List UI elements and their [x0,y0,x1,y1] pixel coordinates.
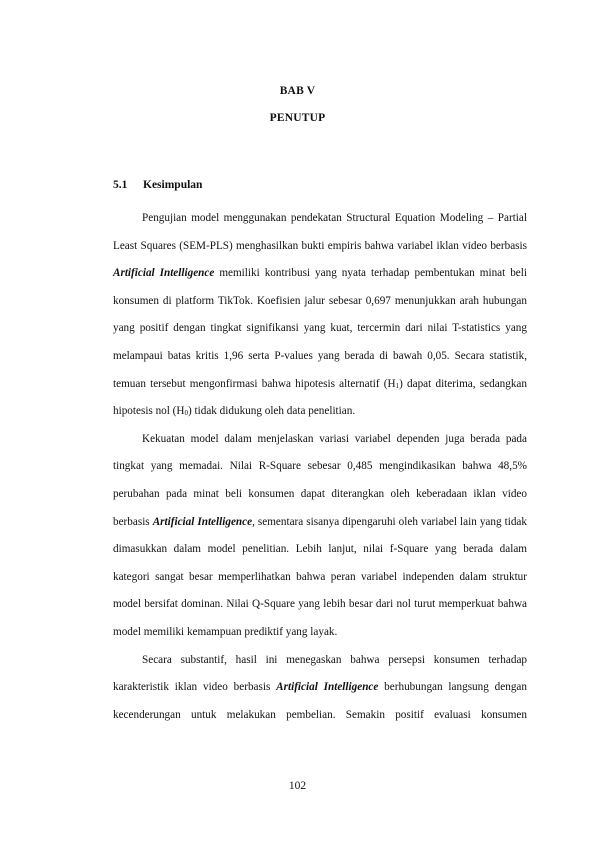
body-text: Pengujian model menggunakan pendekatan S… [113,205,527,729]
subscript: 1 [396,382,400,390]
paragraph: Pengujian model menggunakan pendekatan S… [113,205,527,426]
paragraph: Secara substantif, hasil ini menegaskan … [113,647,527,730]
section-heading: 5.1Kesimpulan [113,179,202,191]
italic-term: Artificial Intelligence [276,681,378,693]
italic-term: Artificial Intelligence [113,267,214,279]
page-number: 102 [0,780,595,792]
chapter-label: BAB V [0,85,595,97]
chapter-title: PENUTUP [0,112,595,124]
document-page: BAB V PENUTUP 5.1Kesimpulan Pengujian mo… [0,0,595,842]
subscript: 0 [184,409,188,417]
section-number: 5.1 [113,179,143,191]
section-title: Kesimpulan [143,179,202,191]
paragraph: Kekuatan model dalam menjelaskan variasi… [113,426,527,647]
italic-term: Artificial Intelligence [153,516,252,528]
